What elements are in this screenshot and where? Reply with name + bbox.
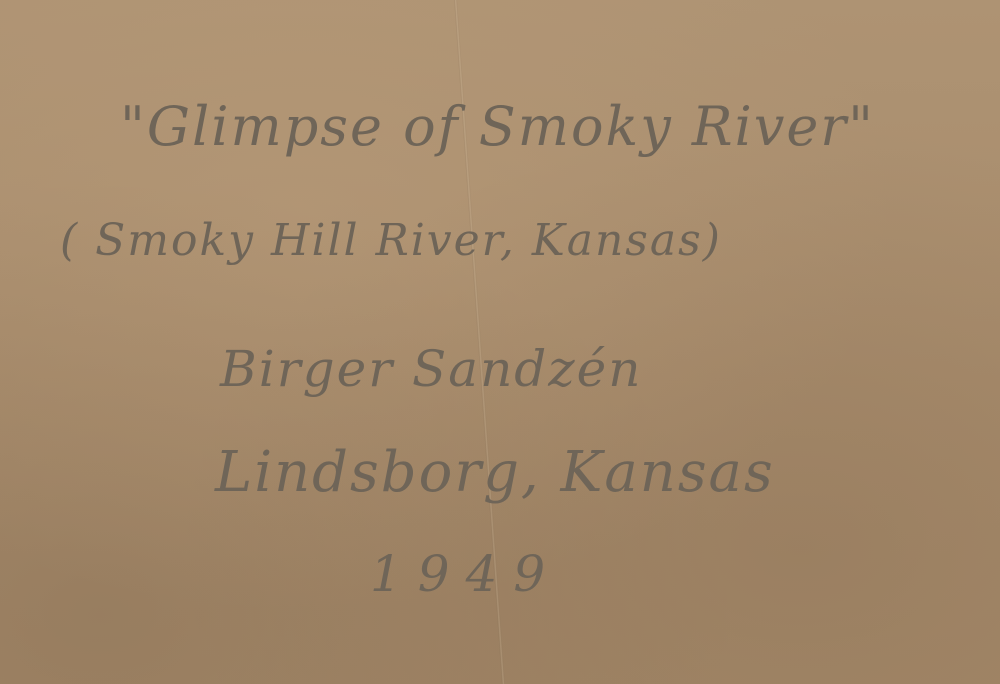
artist-name: Birger Sandzén bbox=[220, 340, 642, 398]
artwork-title: "Glimpse of Smoky River" bbox=[120, 95, 875, 158]
location-subtitle: ( Smoky Hill River, Kansas) bbox=[60, 215, 722, 266]
artist-location: Lindsborg, Kansas bbox=[215, 440, 775, 505]
paper-sheet: "Glimpse of Smoky River" ( Smoky Hill Ri… bbox=[0, 0, 1000, 684]
year: 1949 bbox=[370, 545, 561, 603]
